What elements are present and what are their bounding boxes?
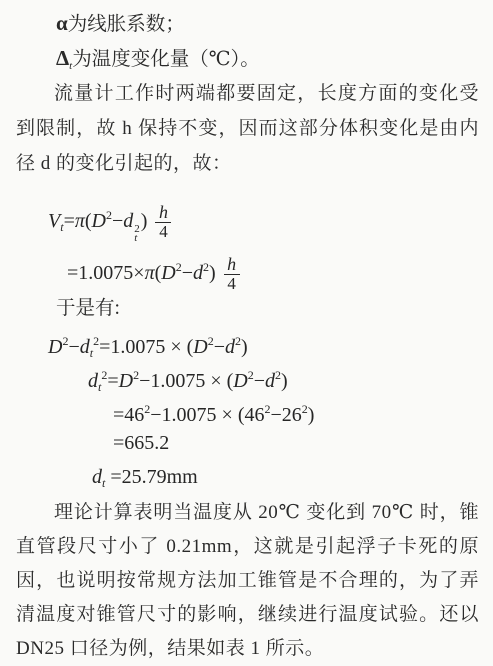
equation-volume: Vt=π(D2−d2t)h4 — [48, 189, 479, 241]
math-token: − — [68, 336, 79, 358]
math-token: V — [48, 210, 60, 232]
alpha-symbol: α — [56, 11, 68, 35]
definition-alpha-text: 为线胀系数； — [68, 14, 185, 35]
math-token: d — [193, 262, 203, 284]
math-token: =665.2 — [113, 432, 169, 454]
math-token: d — [80, 336, 90, 358]
math-token: D — [193, 336, 207, 358]
text-line: 流量计工作时两端都要固定，长度方面的变化受 — [16, 76, 479, 111]
equation-numeric-result: =665.2 — [113, 426, 479, 460]
equation-dt-squared: dt2=D2−1.0075 × (D2−d2) — [88, 358, 479, 392]
math-token: =1.0075× — [67, 262, 145, 284]
text-line: 清温度对锥管尺寸的影响，继续进行温度试验。还以 — [16, 598, 479, 632]
math-token: D — [161, 262, 175, 284]
math-token: =46 — [113, 404, 144, 426]
math-token: d — [225, 336, 235, 358]
definition-delta-text: 为温度变化量（℃）。 — [72, 49, 260, 70]
math-token: −26 — [271, 404, 302, 426]
text-line: 到限制，故 h 保持不变，因而这部分体积变化是由内 — [16, 111, 479, 146]
math-token: π — [145, 262, 155, 284]
text-line: 径 d 的变化引起的，故： — [16, 146, 479, 181]
fraction: h4 — [155, 204, 171, 240]
fraction-part: 4 — [159, 224, 168, 240]
fraction-part: h — [227, 256, 236, 273]
math-token: d — [265, 370, 275, 392]
math-token: d — [88, 370, 98, 392]
math-token: =25.79mm — [105, 466, 197, 488]
equation-dt-value: dt =25.79mm — [92, 460, 479, 494]
equation-numeric-substitution: =462−1.0075 × (462−262) — [113, 392, 479, 426]
math-token: D — [48, 336, 62, 358]
math-token: −1.0075 × (46 — [150, 404, 264, 426]
fraction-part: 4 — [227, 276, 236, 292]
math-token: − — [254, 370, 265, 392]
math-token: ) — [241, 336, 248, 358]
text-line: 因，也说明按常规方法加工锥管是不合理的，为了弄 — [16, 564, 479, 598]
equation-difference: D2−dt2=1.0075 × (D2−d2) — [48, 324, 479, 358]
math-token: ) — [209, 262, 216, 284]
text-line: 理论计算表明当温度从 20℃ 变化到 70℃ 时，锥管 — [16, 496, 479, 530]
math-token: −1.0075 × ( — [139, 370, 233, 392]
equation-volume-expanded: =1.0075×π(D2−d2)h4 — [67, 241, 479, 293]
math-token: ) — [141, 210, 148, 232]
math-token: − — [112, 210, 123, 232]
math-token: t — [98, 380, 101, 394]
paragraph-conclusion: 理论计算表明当温度从 20℃ 变化到 70℃ 时，锥管直管段尺寸小了 0.21m… — [16, 496, 479, 666]
math-token: = — [64, 210, 75, 232]
text-line: 直管段尺寸小了 0.21mm，这就是引起浮子卡死的原 — [16, 530, 479, 564]
math-token: − — [182, 262, 193, 284]
math-token: ( — [85, 210, 92, 232]
math-token: D — [119, 370, 133, 392]
math-token: − — [214, 336, 225, 358]
delta-symbol: Δ — [56, 46, 69, 70]
fraction-part: h — [159, 204, 168, 221]
definition-alpha: α为线胀系数； — [56, 6, 479, 41]
math-token: π — [75, 210, 85, 232]
math-token: =1.0075 × ( — [99, 336, 193, 358]
scanned-document-page: α为线胀系数； Δt为温度变化量（℃）。 流量计工作时两端都要固定，长度方面的变… — [0, 0, 493, 666]
math-token: ) — [308, 404, 315, 426]
math-token: = — [107, 370, 118, 392]
math-token: d — [123, 210, 133, 232]
math-token: d — [92, 466, 102, 488]
definition-delta: Δt为温度变化量（℃）。 — [56, 41, 479, 76]
text-line: DN25 口径为例，结果如表 1 所示。 — [16, 632, 479, 666]
math-token: D — [233, 370, 247, 392]
paragraph-intro: 流量计工作时两端都要固定，长度方面的变化受到限制，故 h 保持不变，因而这部分体… — [16, 76, 479, 181]
interlude-text: 于是有: — [56, 293, 479, 324]
math-token: ) — [281, 370, 288, 392]
math-token: D — [92, 210, 106, 232]
fraction: h4 — [224, 256, 240, 292]
